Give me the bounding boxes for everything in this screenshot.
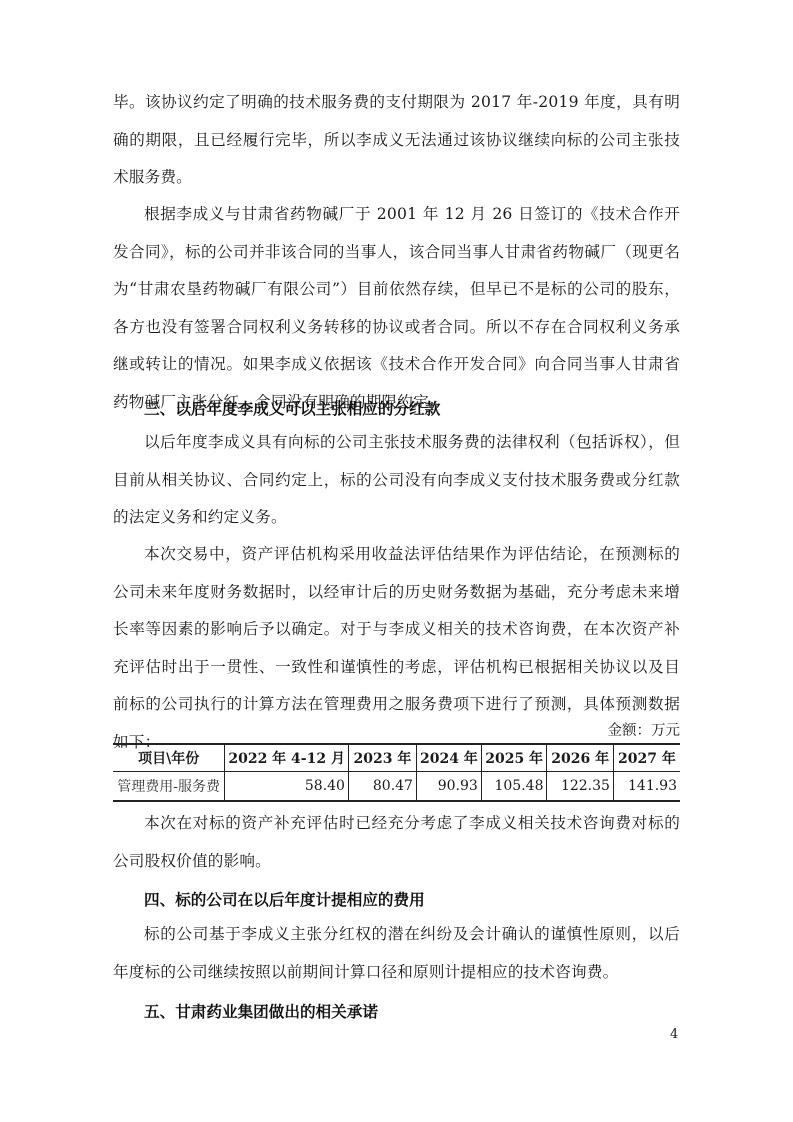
- paragraph-legal-rights: 以后年度李成义具有向标的公司主张技术服务费的法律权利（包括诉权），但目前从相关协…: [113, 424, 680, 537]
- table-row-label: 管理费用-服务费: [113, 772, 225, 802]
- section-heading-3: 三、以后年度李成义可以主张相应的分红款: [144, 399, 440, 419]
- table-header-2024: 2024 年: [416, 744, 481, 772]
- paragraph-valuation-method: 本次交易中，资产评估机构采用收益法评估结果作为评估结论，在预测标的公司未来年度财…: [113, 536, 680, 761]
- table-cell-2023: 80.47: [348, 772, 416, 802]
- table-cell-2024: 90.93: [416, 772, 481, 802]
- paragraph-impact-considered: 本次在对标的资产补充评估时已经充分考虑了李成义相关技术咨询费对标的公司股权价值的…: [113, 805, 680, 880]
- table-cell-2027: 141.93: [613, 772, 680, 802]
- table-header-item-year: 项目\年份: [113, 744, 225, 772]
- table-unit-label: 金额：万元: [608, 721, 681, 741]
- table-row: 管理费用-服务费 58.40 80.47 90.93 105.48 122.35…: [113, 772, 680, 802]
- section-heading-5: 五、甘肃药业集团做出的相关承诺: [144, 1002, 378, 1022]
- table-header-2026: 2026 年: [547, 744, 613, 772]
- table-header-row: 项目\年份 2022 年 4-12 月 2023 年 2024 年 2025 年…: [113, 744, 680, 772]
- forecast-table: 项目\年份 2022 年 4-12 月 2023 年 2024 年 2025 年…: [113, 743, 680, 802]
- table-header-2027: 2027 年: [613, 744, 680, 772]
- page-number: 4: [670, 1027, 678, 1043]
- table-header-2022: 2022 年 4-12 月: [225, 744, 349, 772]
- table-header-2025: 2025 年: [481, 744, 547, 772]
- table-cell-2025: 105.48: [481, 772, 547, 802]
- table-cell-2022: 58.40: [225, 772, 349, 802]
- table-header-2023: 2023 年: [348, 744, 416, 772]
- paragraph-continuation: 毕。该协议约定了明确的技术服务费的支付期限为 2017 年-2019 年度，具有…: [113, 84, 680, 197]
- paragraph-accrual-policy: 标的公司基于李成义主张分红权的潜在纠纷及会计确认的谨慎性原则，以后年度标的公司继…: [113, 916, 680, 991]
- paragraph-contract-analysis: 根据李成义与甘肃省药物碱厂于 2001 年 12 月 26 日签订的《技术合作开…: [113, 196, 680, 421]
- section-heading-4: 四、标的公司在以后年度计提相应的费用: [144, 890, 425, 910]
- table-cell-2026: 122.35: [547, 772, 613, 802]
